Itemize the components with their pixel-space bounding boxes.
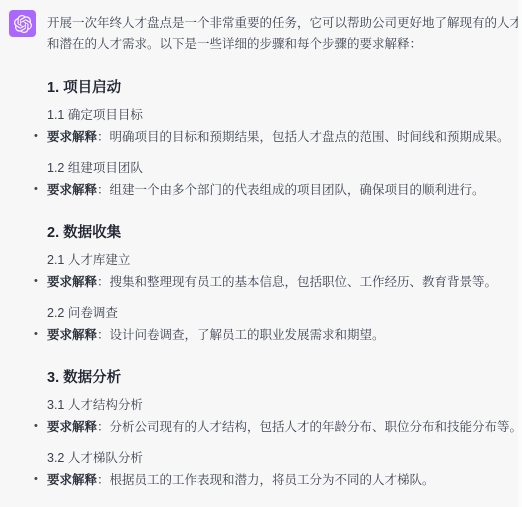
bullet-icon: • [34, 469, 38, 489]
bullet-icon: • [34, 179, 38, 199]
section-heading-2: 2. 数据收集 [47, 224, 508, 242]
requirement-label: 要求解释 [47, 420, 97, 434]
requirement-label: 要求解释 [47, 130, 97, 144]
requirement-item: •要求解释：搜集和整理现有员工的基本信息，包括职位、工作经历、教育背景等。 [47, 272, 508, 292]
bullet-icon: • [34, 324, 38, 344]
requirement-list: •要求解释：明确项目的目标和预期结果，包括人才盘点的范围、时间线和预期成果。 [47, 127, 508, 147]
requirement-text: ：根据员工的工作表现和潜力，将员工分为不同的人才梯队。 [97, 473, 435, 487]
section-heading-1: 1. 项目启动 [47, 79, 508, 97]
chatgpt-avatar [9, 10, 36, 37]
requirement-label: 要求解释 [47, 473, 97, 487]
openai-logo-icon [14, 15, 32, 33]
requirement-text: ：搜集和整理现有员工的基本信息，包括职位、工作经历、教育背景等。 [97, 275, 497, 289]
requirement-list: •要求解释：根据员工的工作表现和潜力，将员工分为不同的人才梯队。 [47, 470, 508, 490]
requirement-item: •要求解释：设计问卷调查，了解员工的职业发展需求和期望。 [47, 325, 508, 345]
requirement-item: •要求解释：明确项目的目标和预期结果，包括人才盘点的范围、时间线和预期成果。 [47, 127, 508, 147]
bullet-icon: • [34, 271, 38, 291]
requirement-item: •要求解释：根据员工的工作表现和潜力，将员工分为不同的人才梯队。 [47, 470, 508, 490]
requirement-label: 要求解释 [47, 328, 97, 342]
bullet-icon: • [34, 126, 38, 146]
intro-paragraph: 开展一次年终人才盘点是一个非常重要的任务，它可以帮助公司更好地了解现有的人才结构… [47, 13, 508, 55]
intro-line-1: 开展一次年终人才盘点是一个非常重要的任务，它可以帮助公司更好地了解现有的人才结构 [47, 13, 508, 34]
requirement-label: 要求解释 [47, 183, 97, 197]
requirement-list: •要求解释：分析公司现有的人才结构，包括人才的年龄分布、职位分布和技能分布等。 [47, 417, 508, 437]
requirement-item: •要求解释：分析公司现有的人才结构，包括人才的年龄分布、职位分布和技能分布等。 [47, 417, 508, 437]
requirement-list: •要求解释：组建一个由多个部门的代表组成的项目团队，确保项目的顺利进行。 [47, 180, 508, 200]
section-heading-3: 3. 数据分析 [47, 369, 508, 387]
message-right-edge [518, 0, 522, 507]
subsection-title-3-1: 3.1 人才结构分析 [47, 395, 508, 415]
subsection-title-2-1: 2.1 人才库建立 [47, 250, 508, 270]
subsection-title-1-2: 1.2 组建项目团队 [47, 158, 508, 178]
bullet-icon: • [34, 416, 38, 436]
requirement-list: •要求解释：设计问卷调查，了解员工的职业发展需求和期望。 [47, 325, 508, 345]
requirement-text: ：设计问卷调查，了解员工的职业发展需求和期望。 [97, 328, 385, 342]
requirement-text: ：组建一个由多个部门的代表组成的项目团队，确保项目的顺利进行。 [97, 183, 485, 197]
requirement-list: •要求解释：搜集和整理现有员工的基本信息，包括职位、工作经历、教育背景等。 [47, 272, 508, 292]
requirement-text: ：分析公司现有的人才结构，包括人才的年龄分布、职位分布和技能分布等。 [97, 420, 522, 434]
subsection-title-2-2: 2.2 问卷调查 [47, 303, 508, 323]
subsection-title-1-1: 1.1 确定项目目标 [47, 105, 508, 125]
intro-line-2: 和潜在的人才需求。以下是一些详细的步骤和每个步骤的要求解释： [47, 34, 508, 55]
subsection-title-3-2: 3.2 人才梯队分析 [47, 448, 508, 468]
requirement-item: •要求解释：组建一个由多个部门的代表组成的项目团队，确保项目的顺利进行。 [47, 180, 508, 200]
requirement-label: 要求解释 [47, 275, 97, 289]
assistant-message: 开展一次年终人才盘点是一个非常重要的任务，它可以帮助公司更好地了解现有的人才结构… [0, 0, 522, 507]
requirement-text: ：明确项目的目标和预期结果，包括人才盘点的范围、时间线和预期成果。 [97, 130, 510, 144]
